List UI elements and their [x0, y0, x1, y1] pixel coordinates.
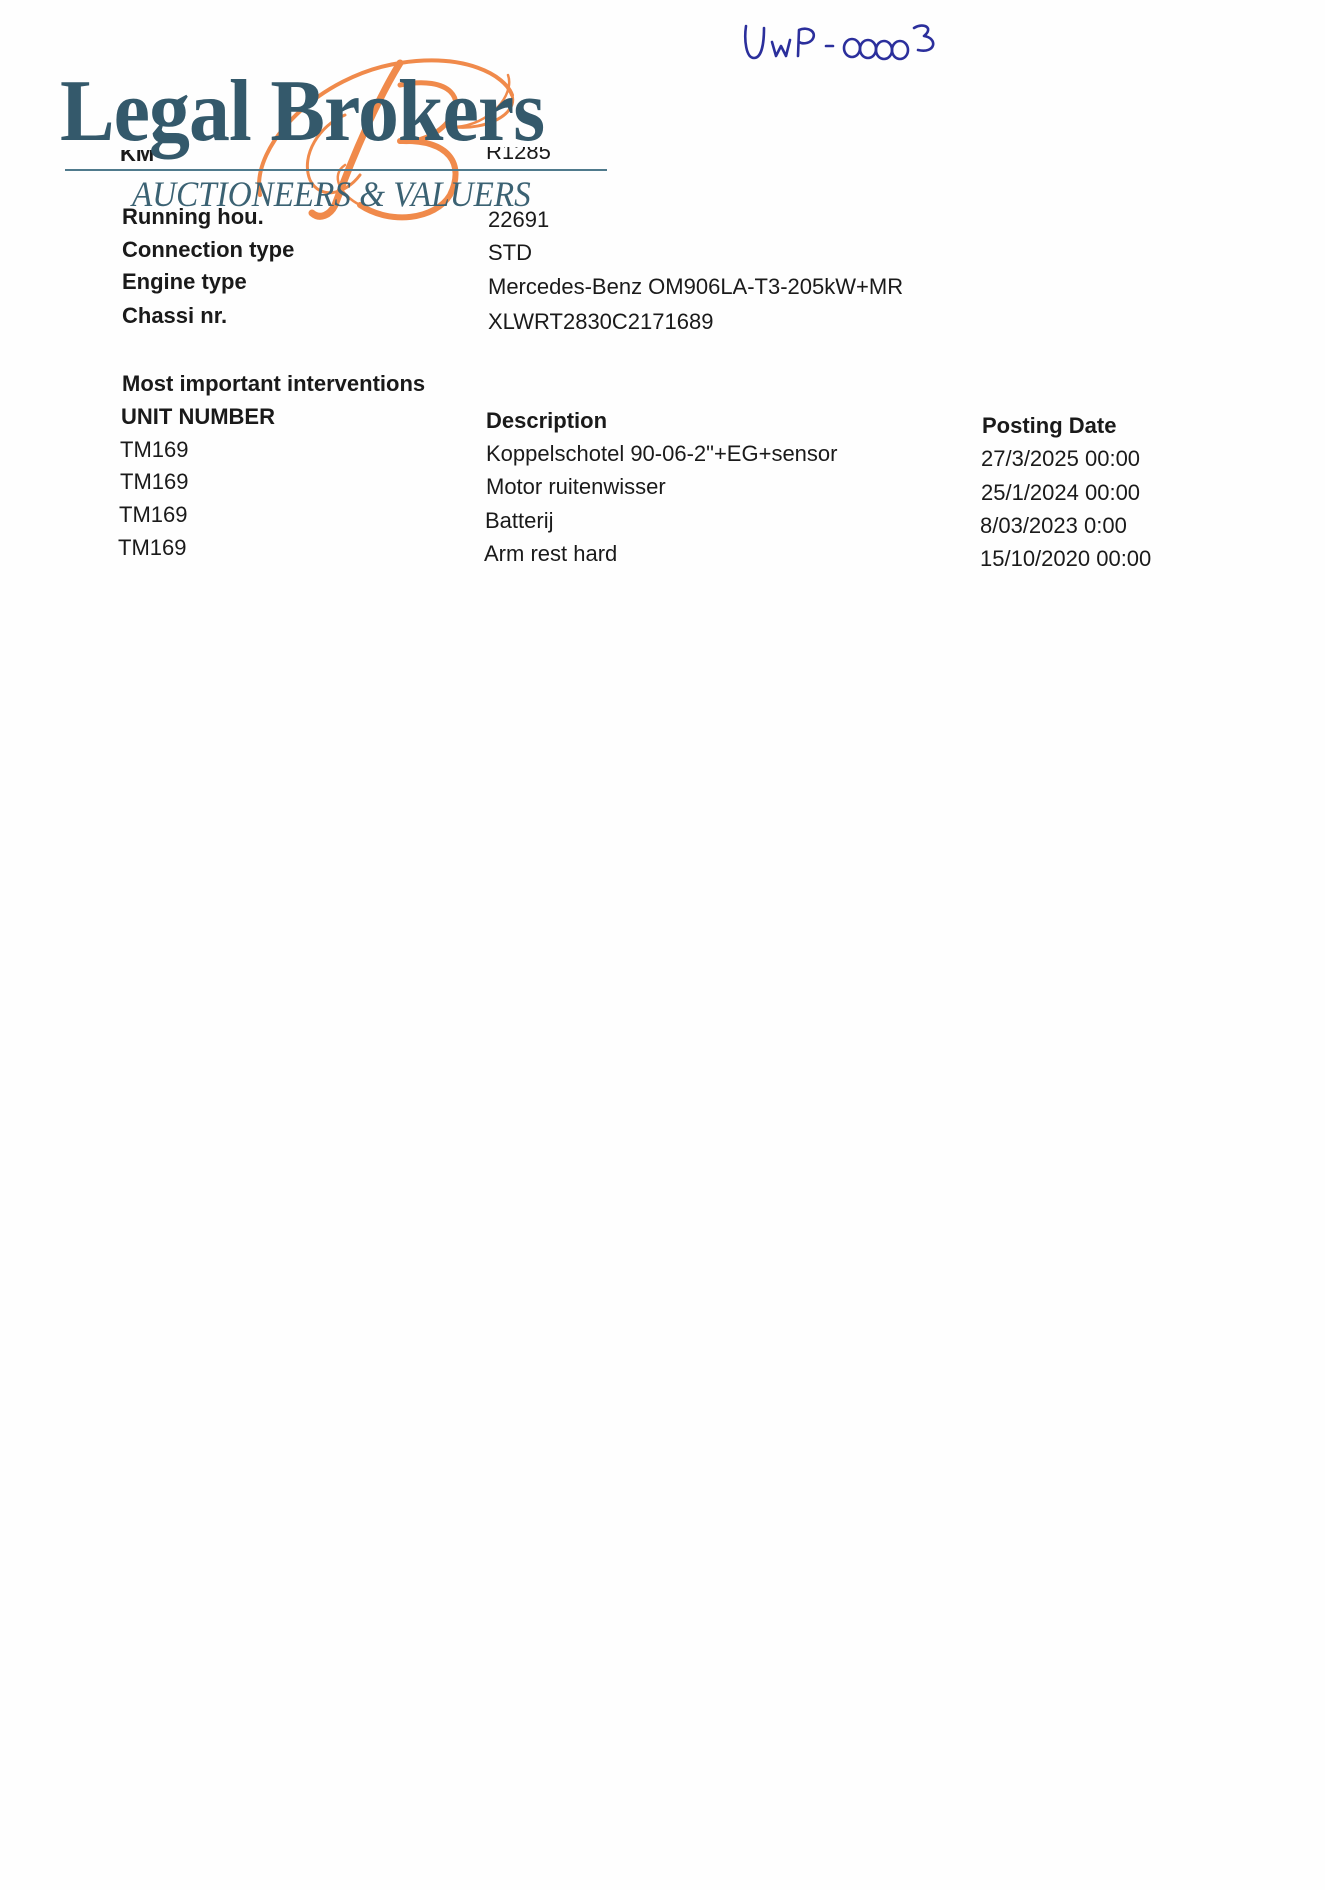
info-value: 22691	[488, 210, 549, 231]
column-header-unit-number: UNIT NUMBER	[121, 406, 275, 428]
cell-date: 8/03/2023 0:00	[980, 515, 1127, 537]
logo-subtitle: AUCTIONEERS & VALUERS	[132, 176, 531, 212]
info-label-connection-type: Connection type	[122, 239, 294, 261]
obscured-value: R1285	[486, 147, 551, 161]
scanned-document-page: KM R1285 Running hou. 22691 Connection t…	[0, 0, 1325, 1890]
info-label: Running hou.	[122, 208, 264, 228]
cell-date: 25/1/2024 00:00	[981, 482, 1140, 504]
cell-description: Motor ruitenwisser	[486, 476, 666, 498]
info-value-connection-type: STD	[488, 242, 532, 264]
interventions-title: Most important interventions	[122, 373, 425, 395]
cell-unit: TM169	[118, 537, 186, 559]
obscured-label: KM	[120, 150, 154, 162]
cell-unit: TM169	[120, 471, 188, 493]
logo-title: Legal Brokers	[60, 68, 544, 156]
cell-date: 15/10/2020 00:00	[980, 548, 1151, 570]
obscured-row-km: KM	[120, 150, 180, 162]
info-label-engine-type: Engine type	[122, 271, 247, 293]
info-label-chassis: Chassi nr.	[122, 305, 227, 327]
company-logo: Legal Brokers AUCTIONEERS & VALUERS	[0, 0, 700, 240]
info-row-running-hours-label: Running hou.	[120, 208, 280, 230]
cell-description: Koppelschotel 90-06-2"+EG+sensor	[486, 443, 837, 465]
info-value-engine-type: Mercedes-Benz OM906LA-T3-205kW+MR	[488, 276, 903, 298]
info-value-chassis: XLWRT2830C2171689	[488, 311, 713, 333]
info-row-running-hours-value: 22691	[486, 210, 586, 232]
cell-date: 27/3/2025 00:00	[981, 448, 1140, 470]
obscured-value-km: R1285	[486, 147, 566, 161]
handwritten-reference-note	[742, 20, 958, 64]
monogram-b-icon	[250, 55, 530, 225]
column-header-posting-date: Posting Date	[982, 415, 1116, 437]
cell-description: Batterij	[485, 510, 553, 532]
cell-description: Arm rest hard	[484, 543, 617, 565]
cell-unit: TM169	[120, 439, 188, 461]
logo-divider	[65, 169, 607, 171]
column-header-description: Description	[486, 410, 607, 432]
cell-unit: TM169	[119, 504, 187, 526]
